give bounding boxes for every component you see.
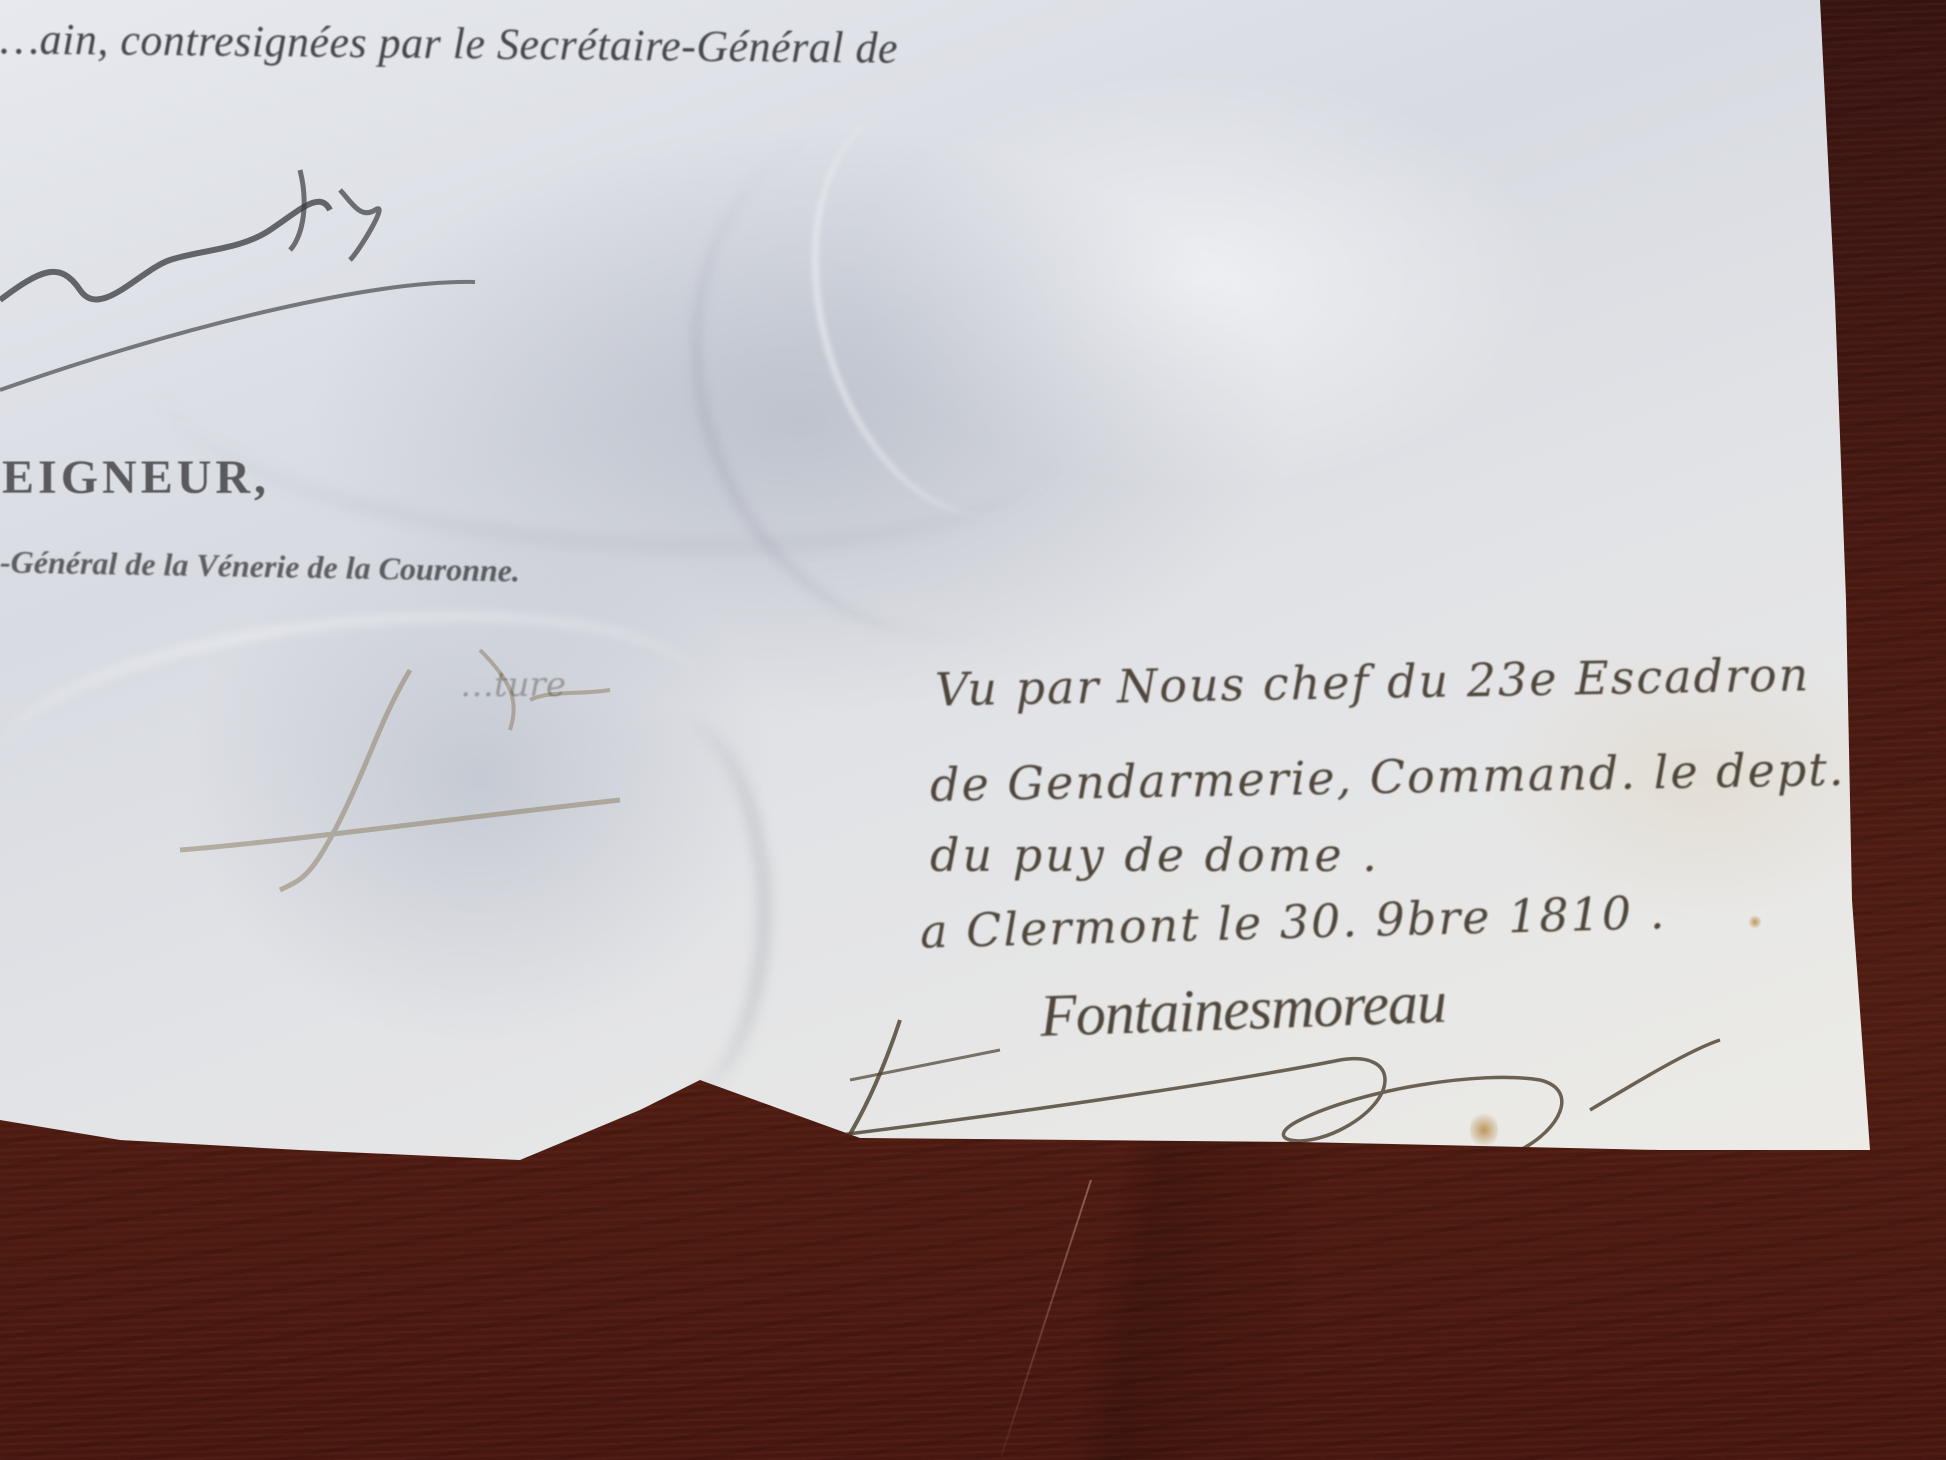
annotation-line-1: Vu par Nous chef du 23e Escadron <box>935 647 1811 716</box>
printed-heading: EIGNEUR, <box>2 450 270 505</box>
annotation-line-2: de Gendarmerie, Command. le dept. <box>930 742 1846 812</box>
signature-flourish <box>840 1020 1840 1160</box>
printed-text-top-line: …ain, contresignées par le Secrétaire-Gé… <box>0 13 898 73</box>
annotation-line-3: du puy de dome . <box>930 828 1380 882</box>
historic-document-paper: …ain, contresignées par le Secrétaire-Gé… <box>0 0 1880 1160</box>
paper-stain <box>1748 915 1762 929</box>
wood-scratch <box>1000 1180 1092 1456</box>
top-signature-strokes: …Arrondts <box>0 150 660 410</box>
printed-subheading: -Général de la Vénerie de la Couronne. <box>0 543 520 589</box>
paper-stain <box>1470 1110 1498 1150</box>
faded-marginal-note: …ture <box>460 665 566 705</box>
paper-crease <box>624 63 1202 697</box>
paper-crease <box>770 73 1134 547</box>
annotation-line-4: a Clermont le 30. 9bre 1810 . <box>919 885 1667 959</box>
